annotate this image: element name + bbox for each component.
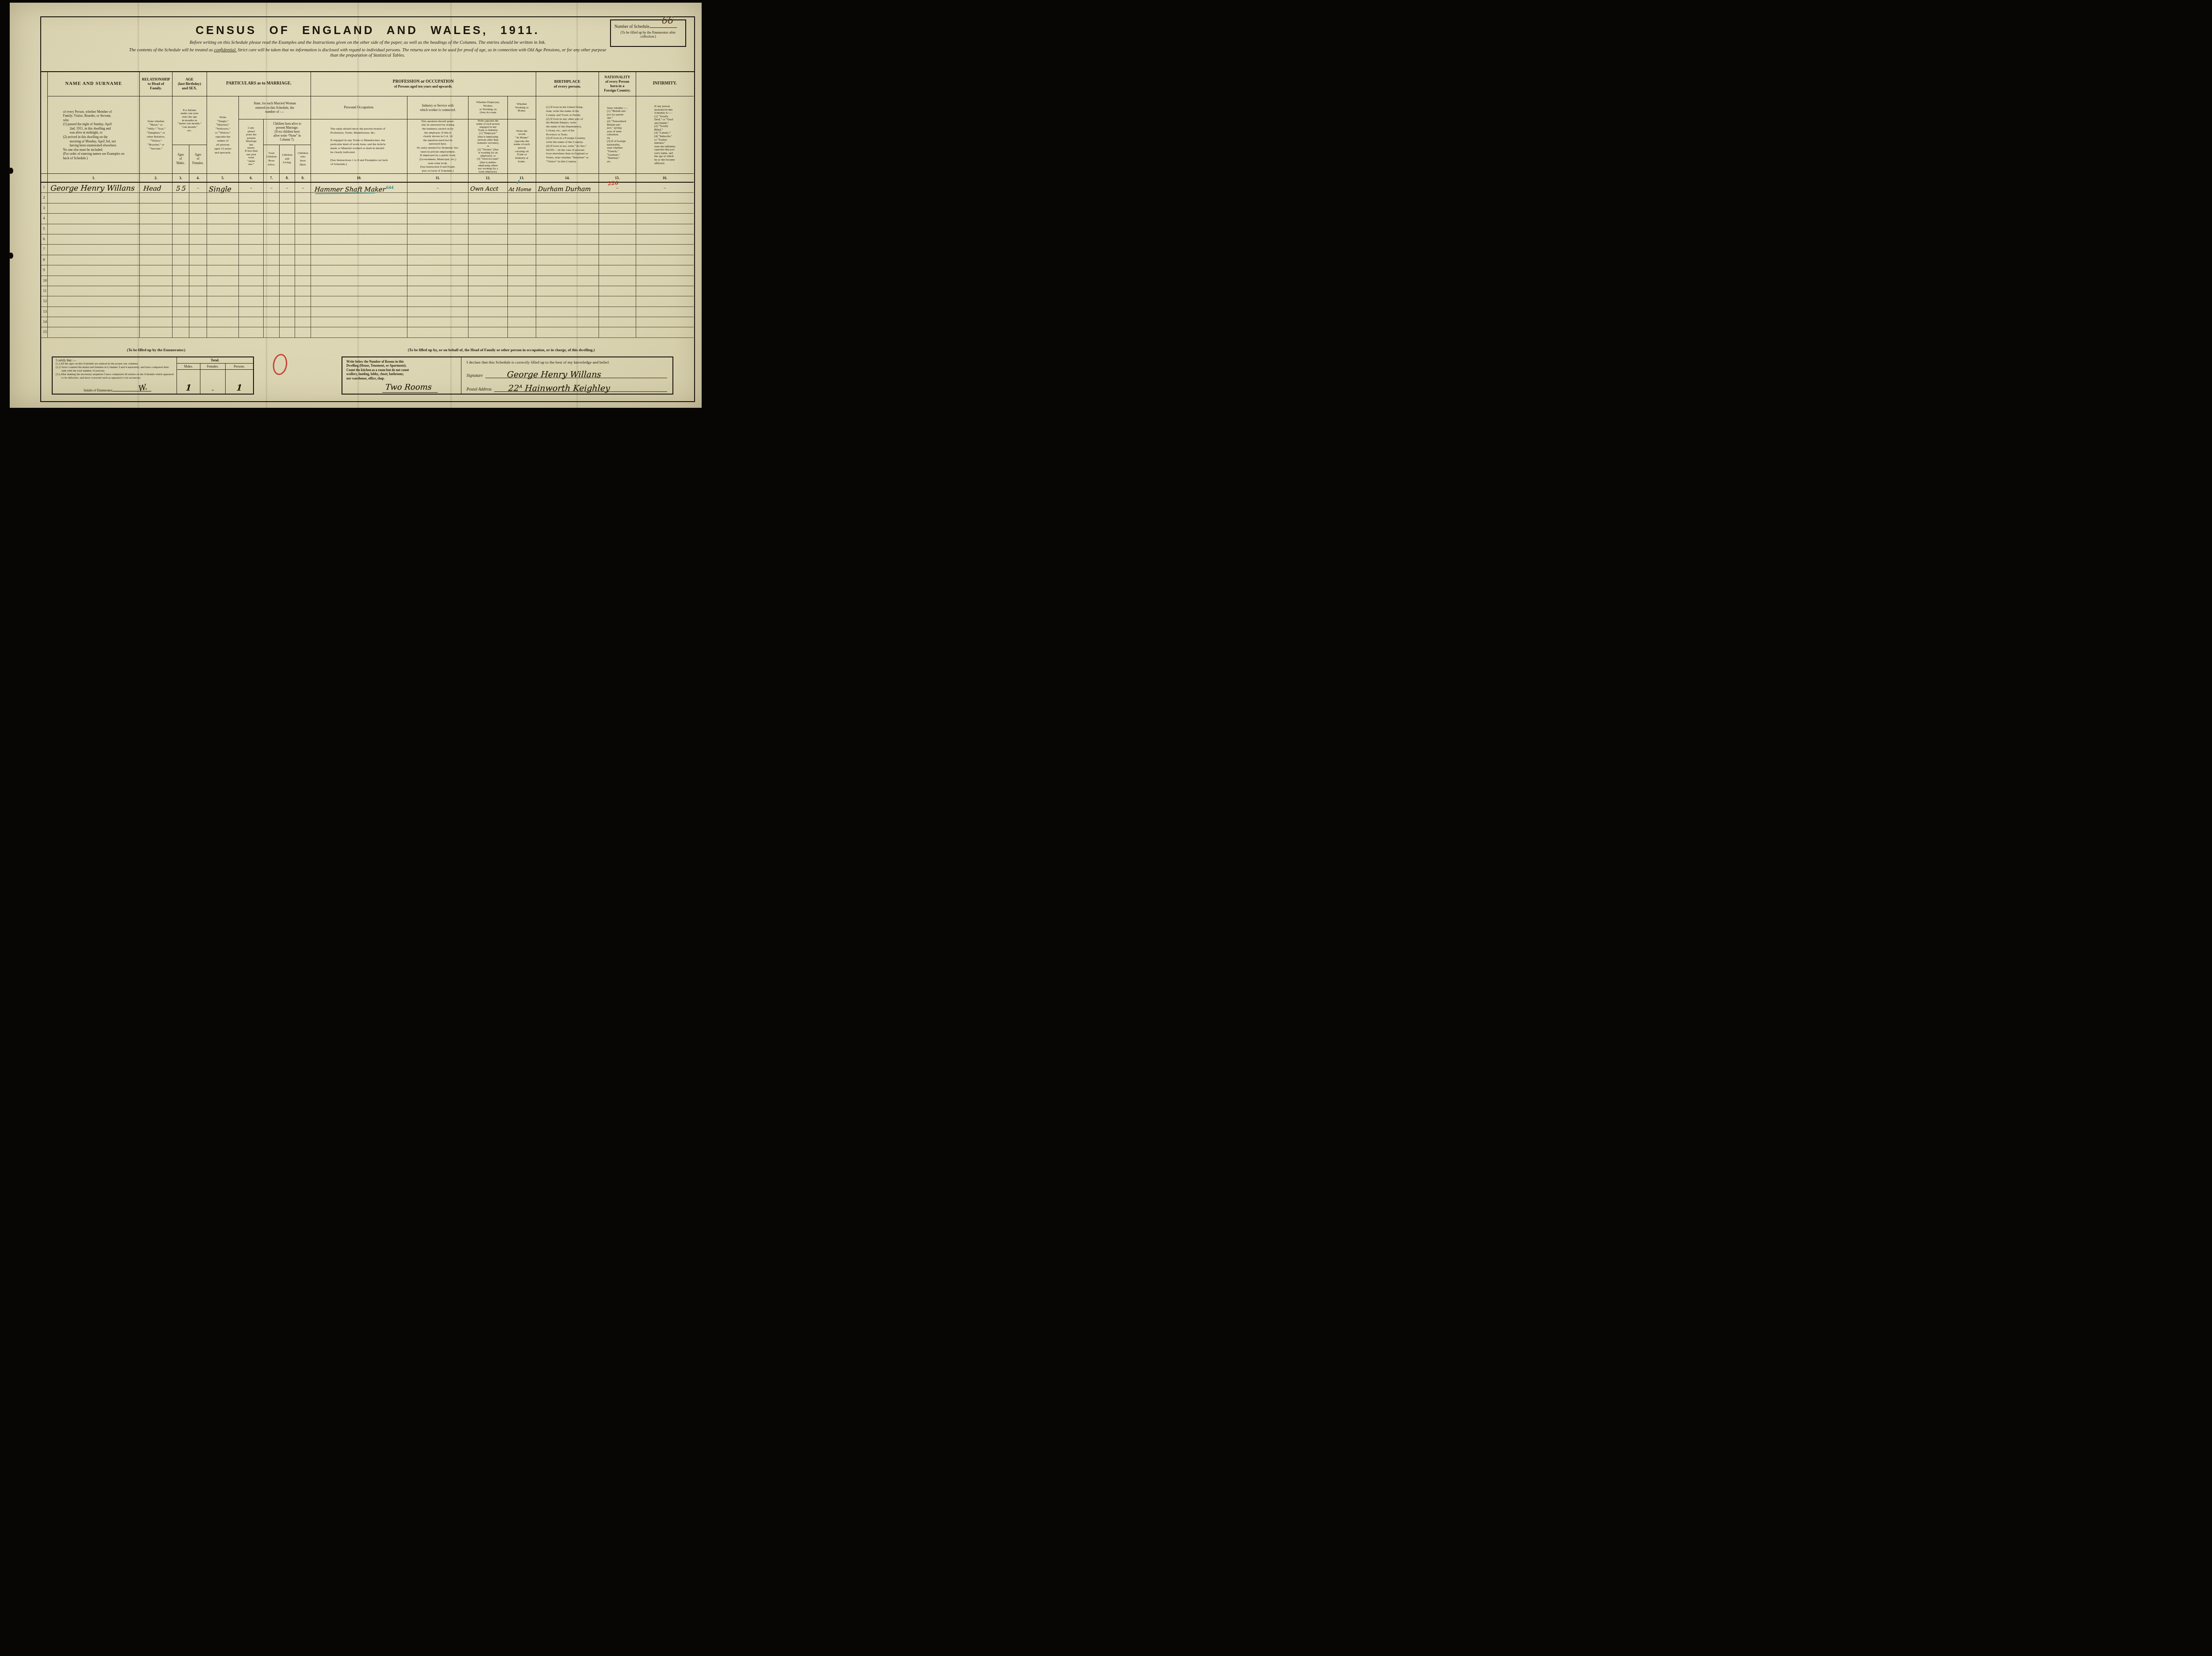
empty-cell [469,265,508,276]
column-label-ages-males: Ages of Males. [173,145,190,174]
empty-cell [636,193,694,203]
empty-cell [311,276,407,286]
handwriting-dash: – [599,185,636,191]
empty-cell [295,203,311,214]
empty-cell [239,265,264,276]
empty-cell [173,327,190,337]
postal-number: 22 [508,383,519,393]
handwriting-males-total: 1 [177,383,200,393]
empty-cell [239,203,264,214]
empty-cell [48,245,140,255]
empty-cell [407,214,468,224]
empty-cell [264,214,280,224]
handwriting-at-home: At Home [509,186,532,192]
empty-cell [295,255,311,265]
empty-cell [508,307,536,317]
empty-cell [280,327,296,337]
empty-cell [508,234,536,245]
empty-cell [311,203,407,214]
empty-cell [469,224,508,234]
empty-cell [48,255,140,265]
cell-nationality: 220– [599,183,636,193]
empty-cell [173,203,190,214]
column-label-children-living: Children still Living. [280,145,296,174]
cell-relation: Head [140,183,172,193]
empty-cell [636,307,694,317]
empty-cell [636,224,694,234]
empty-cell [280,265,296,276]
handwriting-age: 55 [176,184,187,192]
cell-occupation: Hammer Shaft Maker644 [311,183,407,193]
column-label-children-died: Children who have Died. [295,145,311,174]
empty-cell [599,307,636,317]
males-value-cell: 1 [177,370,200,394]
empty-cell [280,203,296,214]
head-of-family-box: Write below the Number of Rooms in this … [342,356,673,395]
column-number-4: 4. [189,174,207,183]
cell-age-males: 55 [173,183,190,193]
column-desc-married-woman: State, for each Married Woman entered on… [239,96,311,119]
cell-employment: Own Acct [469,183,508,193]
empty-cell [599,224,636,234]
empty-cell [239,296,264,307]
empty-cell [189,276,207,286]
column-number-5: 5. [207,174,239,183]
empty-cell [173,245,190,255]
empty-cell [207,234,239,245]
empty-cell [264,286,280,296]
empty-cell [536,245,599,255]
empty-cell [140,214,172,224]
empty-cell [295,245,311,255]
persons-header: Persons. [226,364,253,369]
empty-cell [207,245,239,255]
teal-check-mark: ✓ [515,178,522,186]
column-desc-industry: This question should gener- ally be answ… [407,119,468,174]
schedule-number-label: Number of Schedule [614,25,649,29]
row-number: 9 [41,265,48,276]
column-short-working-at-home: Whether Working at Home. [508,96,536,119]
paper-sheet: Number of Schedule66 (To be filled up by… [10,3,702,408]
census-scan-screen: Number of Schedule66 (To be filled up by… [0,0,706,414]
column-desc-employer-worker: Write opposite the name of each person e… [469,119,508,174]
schedule-number-note: (To be filled up by the Enumerator after… [614,31,682,39]
empty-cell [173,317,190,327]
empty-cell [636,234,694,245]
empty-cell [536,265,599,276]
row-number: 7 [41,245,48,255]
handwriting-dash: – [264,185,279,191]
form-title: CENSUS OF ENGLAND AND WALES, 1911. [41,23,694,37]
empty-cell [264,265,280,276]
column-header-marriage: PARTICULARS as to MARRIAGE. [207,72,311,96]
empty-cell [636,245,694,255]
empty-cell [189,286,207,296]
empty-cell [536,255,599,265]
empty-cell [173,224,190,234]
empty-cell [599,265,636,276]
empty-cell [536,286,599,296]
empty-cell [280,224,296,234]
column-header-birthplace: BIRTHPLACE of every person. [536,72,599,96]
empty-cell [295,327,311,337]
empty-cell [508,296,536,307]
row-number: 8 [41,255,48,265]
empty-cell [48,327,140,337]
column-number-12: 12. [469,174,508,183]
cell-birthplace: Durham Durham [536,183,599,193]
empty-cell [207,255,239,265]
cell-age-females: – [189,183,207,193]
column-header-name: NAME AND SURNAME [48,72,140,96]
empty-cell [207,317,239,327]
empty-cell [311,234,407,245]
column-desc-birthplace: (1) If born in the United King- dom, wri… [536,96,599,174]
handwriting-signature: George Henry Willans [507,370,602,379]
empty-cell [264,245,280,255]
empty-cell [280,317,296,327]
rooms-cell: Write below the Number of Rooms in this … [342,357,461,394]
empty-cell [536,276,599,286]
empty-cell [140,276,172,286]
head-of-family-heading: (To be filled up by, or on behalf of, th… [333,348,669,352]
empty-cell [311,307,407,317]
empty-cell [508,214,536,224]
empty-cell [140,245,172,255]
empty-cell [311,255,407,265]
confidential-text-1: The contents of the Schedule will be tre… [129,48,214,53]
empty-cell [311,286,407,296]
profession-title: PROFESSION or OCCUPATION [393,80,454,84]
column-desc-infirmity: If any person included in this Schedule … [636,96,694,174]
empty-cell [189,214,207,224]
empty-cell [280,276,296,286]
empty-cell [407,296,468,307]
empty-cell [636,296,694,307]
empty-cell [189,265,207,276]
enumerator-heading: (To be filled up by the Enumerator.) [85,348,227,352]
empty-cell [239,224,264,234]
empty-cell [140,327,172,337]
postal-address-label: Postal Address [467,387,495,392]
empty-cell [508,245,536,255]
handwriting-marriage: Single [208,185,232,193]
empty-cell [280,296,296,307]
empty-cell [280,234,296,245]
persons-value-cell: 1 [226,370,253,394]
empty-cell [469,327,508,337]
empty-cell [469,214,508,224]
empty-cell [636,265,694,276]
empty-cell [239,214,264,224]
column-header-nationality: NATIONALITY of every Person born in a Fo… [599,72,636,96]
row-number: 3 [41,203,48,214]
empty-cell [599,276,636,286]
column-number-11: 11. [407,174,468,183]
row-number: 1 [41,183,48,193]
column-desc-relationship: State whether “Head,” or “Wife,” “Son,” … [140,96,172,174]
empty-cell [311,245,407,255]
empty-cell [173,296,190,307]
schedule-number-line: 66 [649,27,677,28]
empty-cell [536,317,599,327]
empty-cell [536,307,599,317]
certify-item-3: (3.) After making the necessary enquirie… [56,373,174,380]
empty-cell [508,327,536,337]
empty-cell [140,307,172,317]
empty-cell [207,265,239,276]
handwriting-females-total: – [200,387,226,393]
census-table: NAME AND SURNAME RELATIONSHIP to Head of… [41,71,694,337]
handwriting-rooms: Two Rooms [382,383,438,393]
empty-cell [469,234,508,245]
empty-cell [280,193,296,203]
empty-cell [469,203,508,214]
column-short-employer-worker: Whether Employer, Worker, or Working on … [469,96,508,119]
column-number-7: 7. [264,174,280,183]
signature-row: Signature George Henry Willans [467,365,667,378]
empty-cell [295,265,311,276]
column-header-age-sex: AGE (last Birthday) and SEX. [173,72,207,96]
empty-cell [207,296,239,307]
column-desc-age: For Infants under one year state the age… [173,96,207,145]
initials-row: Initials of EnumeratorW. [84,388,173,392]
empty-cell [140,286,172,296]
empty-cell [295,234,311,245]
cell-marriage: Single [207,183,239,193]
empty-cell [239,193,264,203]
empty-cell [311,327,407,337]
handwriting-dash: – [295,185,311,191]
totals-values: 1 – 1 [177,370,253,394]
empty-cell [636,317,694,327]
empty-cell [264,193,280,203]
handwriting-initials: W. [138,383,148,394]
empty-cell [189,296,207,307]
empty-cell [280,307,296,317]
handwriting-name: George Henry Willans [50,184,135,193]
profession-subtitle: of Persons aged ten years and upwards. [393,84,454,88]
empty-cell [536,214,599,224]
certify-item-2: (2.) I have counted the males and female… [56,366,174,373]
handwriting-dash: – [636,185,694,191]
handwriting-persons-total: 1 [225,383,253,393]
column-number-6: 6. [239,174,264,183]
number-row-blank [41,174,48,183]
row-number-column-header [41,72,48,174]
postal-address-row: Postal Address 22A Hainworth Keighley [467,379,667,392]
empty-cell [207,214,239,224]
empty-cell [140,255,172,265]
column-desc-working-at-home: Write the words “At Home” opposite the n… [508,119,536,174]
empty-cell [280,255,296,265]
empty-cell [239,276,264,286]
empty-cell [407,255,468,265]
empty-cell [636,276,694,286]
cell-children-total: – [264,183,280,193]
column-label-children-total: Total Children Born Alive. [264,145,280,174]
empty-cell [48,203,140,214]
punch-hole [8,168,13,174]
empty-cell [599,327,636,337]
census-form: Number of Schedule66 (To be filled up by… [40,16,695,402]
empty-cell [189,224,207,234]
empty-cell [536,234,599,245]
empty-cell [264,203,280,214]
empty-cell [207,203,239,214]
empty-cell [239,327,264,337]
empty-cell [311,296,407,307]
confidential-line-2: than the preparation of Statistical Tabl… [41,53,694,58]
empty-cell [599,317,636,327]
empty-cell [280,214,296,224]
empty-cell [140,193,172,203]
empty-cell [264,224,280,234]
empty-cell [295,307,311,317]
empty-cell [48,214,140,224]
empty-cell [636,255,694,265]
empty-cell [536,296,599,307]
empty-cell [508,224,536,234]
empty-cell [295,296,311,307]
empty-cell [189,317,207,327]
empty-cell [407,276,468,286]
empty-cell [407,265,468,276]
empty-cell [207,327,239,337]
empty-cell [536,327,599,337]
row-number: 6 [41,234,48,245]
column-desc-nationality: State whether :— (1) “British sub- ject … [599,96,636,174]
empty-cell [239,234,264,245]
empty-cell [508,317,536,327]
declaration-cell: I declare that this Schedule is correctl… [461,357,672,394]
empty-cell [536,193,599,203]
empty-cell [469,245,508,255]
empty-cell [407,286,468,296]
signature-label: Signature [467,374,486,378]
postal-address-line: 22A Hainworth Keighley [494,379,667,392]
empty-cell [295,193,311,203]
empty-cell [599,203,636,214]
handwriting-dash: – [407,185,468,191]
empty-cell [599,286,636,296]
males-header: Males. [177,364,200,369]
occupation-text: Hammer Shaft Maker [314,186,386,193]
empty-cell [189,327,207,337]
empty-cell [407,327,468,337]
empty-cell [508,286,536,296]
empty-cell [173,234,190,245]
empty-cell [173,193,190,203]
empty-cell [264,234,280,245]
schedule-number-value: 66 [661,15,674,26]
empty-cell [311,214,407,224]
females-value-cell: – [200,370,226,394]
empty-cell [140,265,172,276]
empty-cell [207,276,239,286]
empty-cell [295,317,311,327]
empty-cell [239,245,264,255]
empty-cell [48,234,140,245]
empty-cell [295,286,311,296]
empty-cell [469,286,508,296]
confidential-word: confidential. [214,48,237,53]
empty-cell [189,307,207,317]
empty-cell [407,245,468,255]
column-short-personal-occupation: Personal Occupation. [311,96,407,119]
females-header: Females. [200,364,226,369]
row-number: 5 [41,224,48,234]
empty-cell [599,296,636,307]
empty-cell [48,286,140,296]
empty-cell [264,327,280,337]
postal-number-suffix: A [519,384,522,389]
empty-cell [508,255,536,265]
empty-cell [173,214,190,224]
bottom-section: (To be filled up by the Enumerator.) I c… [41,337,694,401]
empty-cell [189,245,207,255]
column-number-2: 2. [140,174,172,183]
empty-cell [264,307,280,317]
empty-cell [207,224,239,234]
empty-cell [48,276,140,286]
empty-cell [207,307,239,317]
enumerator-certification: I certify that :— (1.) All the ages on t… [53,357,177,394]
empty-cell [407,224,468,234]
handwriting-birthplace: Durham Durham [538,186,591,193]
empty-cell [189,234,207,245]
certify-label: I certify that :— [56,359,174,362]
empty-cell [311,224,407,234]
empty-cell [173,265,190,276]
cell-children-died: – [295,183,311,193]
empty-cell [469,307,508,317]
empty-cell [140,224,172,234]
title-block: Number of Schedule66 (To be filled up by… [41,17,694,71]
row-number: 13 [41,307,48,317]
empty-cell [189,193,207,203]
column-number-10: 10. [311,174,407,183]
empty-cell [636,286,694,296]
empty-cell [508,203,536,214]
empty-cell [264,255,280,265]
row-number: 2 [41,193,48,203]
empty-cell [173,286,190,296]
signature-line: George Henry Willans [485,365,667,378]
empty-cell [264,276,280,286]
handwriting-relation: Head [143,184,162,192]
empty-cell [599,214,636,224]
empty-cell [636,327,694,337]
empty-cell [140,317,172,327]
empty-cell [508,193,536,203]
handwriting-postal-address: 22A Hainworth Keighley [508,383,610,393]
form-subtitle: Before writing on this Schedule please r… [41,40,694,45]
empty-cell [636,214,694,224]
row-number: 12 [41,296,48,307]
enumerator-box: I certify that :— (1.) All the ages on t… [52,356,254,395]
empty-cell [48,224,140,234]
column-number-13: 13. [508,174,536,183]
column-short-industry: Industry or Service with which worker is… [407,96,468,119]
column-number-16: 16. [636,174,694,183]
column-number-3: 3. [173,174,190,183]
cell-name: George Henry Willans [48,183,140,193]
empty-cell [207,193,239,203]
handwriting-dash: – [239,185,263,191]
cell-industry: – [407,183,468,193]
empty-cell [239,286,264,296]
